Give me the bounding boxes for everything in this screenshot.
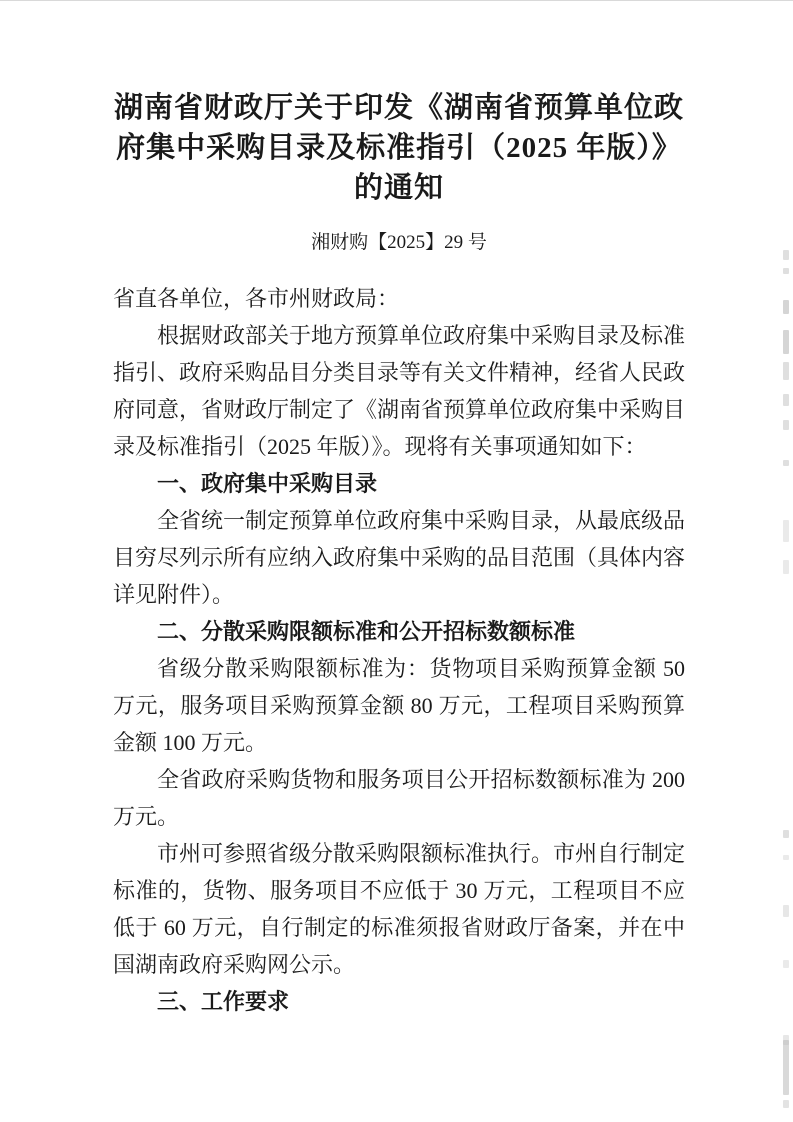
document-body: 省直各单位，各市州财政局： 根据财政部关于地方预算单位政府集中采购目录及标准指引…: [113, 280, 685, 1020]
paragraph-intro: 根据财政部关于地方预算单位政府集中采购目录及标准指引、政府采购品目分类目录等有关…: [113, 317, 685, 465]
scan-noise-right-edge: [781, 0, 791, 1122]
document-number: 湘财购【2025】29 号: [113, 230, 685, 256]
title-line-1: 湖南省财政厅关于印发《湖南省预算单位政: [113, 88, 685, 128]
paragraph-section2-cities: 市州可参照省级分散采购限额标准执行。市州自行制定标准的，货物、服务项目不应低于 …: [113, 835, 685, 983]
title-line-3: 的通知: [113, 168, 685, 208]
section-heading-1: 一、政府集中采购目录: [113, 465, 685, 502]
paragraph-section2-limits: 省级分散采购限额标准为：货物项目采购预算金额 50 万元，服务项目采购预算金额 …: [113, 650, 685, 761]
section-heading-2: 二、分散采购限额标准和公开招标数额标准: [113, 613, 685, 650]
salutation: 省直各单位，各市州财政局：: [113, 280, 685, 317]
paragraph-section2-tender: 全省政府采购货物和服务项目公开招标数额标准为 200 万元。: [113, 761, 685, 835]
document-page: 湖南省财政厅关于印发《湖南省预算单位政 府集中采购目录及标准指引（2025 年版…: [0, 0, 793, 1122]
document-content: 湖南省财政厅关于印发《湖南省预算单位政 府集中采购目录及标准指引（2025 年版…: [113, 0, 685, 1020]
section-heading-3: 三、工作要求: [113, 983, 685, 1020]
paragraph-section1: 全省统一制定预算单位政府集中采购目录，从最底级品目穷尽列示所有应纳入政府集中采购…: [113, 502, 685, 613]
title-line-2: 府集中采购目录及标准指引（2025 年版）》: [113, 128, 685, 168]
document-title: 湖南省财政厅关于印发《湖南省预算单位政 府集中采购目录及标准指引（2025 年版…: [113, 88, 685, 208]
